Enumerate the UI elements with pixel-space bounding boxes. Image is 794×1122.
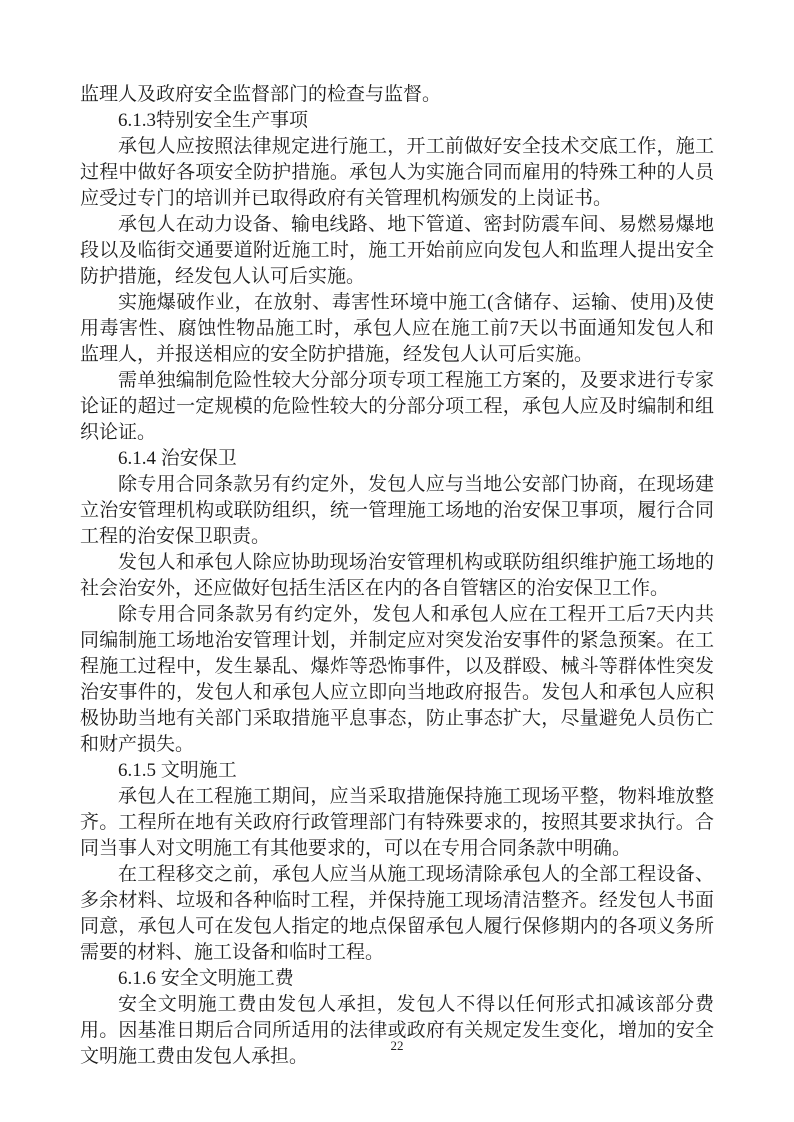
body-paragraph: 实施爆破作业，在放射、毒害性环境中施工(含储存、运输、使用)及使用毒害性、腐蚀性… [80, 290, 714, 368]
section-heading-6-1-6: 6.1.6 安全文明施工费 [80, 966, 714, 992]
body-paragraph-continuation: 监理人及政府安全监督部门的检查与监督。 [80, 82, 714, 108]
body-paragraph: 除专用合同条款另有约定外，发包人和承包人应在工程开工后7天内共同编制施工场地治安… [80, 602, 714, 758]
document-page: 监理人及政府安全监督部门的检查与监督。 6.1.3特别安全生产事项 承包人应按照… [0, 0, 794, 1122]
body-paragraph: 除专用合同条款另有约定外，发包人应与当地公安部门协商，在现场建立治安管理机构或联… [80, 472, 714, 550]
section-heading-6-1-4: 6.1.4 治安保卫 [80, 446, 714, 472]
document-body: 监理人及政府安全监督部门的检查与监督。 6.1.3特别安全生产事项 承包人应按照… [80, 82, 714, 1070]
body-paragraph: 在工程移交之前，承包人应当从施工现场清除承包人的全部工程设备、多余材料、垃圾和各… [80, 862, 714, 966]
body-paragraph: 需单独编制危险性较大分部分项专项工程施工方案的，及要求进行专家论证的超过一定规模… [80, 368, 714, 446]
body-paragraph: 承包人在工程施工期间，应当采取措施保持施工现场平整，物料堆放整齐。工程所在地有关… [80, 784, 714, 862]
body-paragraph: 承包人在动力设备、输电线路、地下管道、密封防震车间、易燃易爆地段以及临街交通要道… [80, 212, 714, 290]
body-paragraph: 承包人应按照法律规定进行施工，开工前做好安全技术交底工作，施工过程中做好各项安全… [80, 134, 714, 212]
body-paragraph: 发包人和承包人除应协助现场治安管理机构或联防组织维护施工场地的社会治安外，还应做… [80, 550, 714, 602]
section-heading-6-1-3: 6.1.3特别安全生产事项 [80, 108, 714, 134]
section-heading-6-1-5: 6.1.5 文明施工 [80, 758, 714, 784]
page-number: 22 [0, 1038, 794, 1054]
body-paragraph: 安全文明施工费由发包人承担，发包人不得以任何形式扣减该部分费用。因基准日期后合同… [80, 992, 714, 1070]
